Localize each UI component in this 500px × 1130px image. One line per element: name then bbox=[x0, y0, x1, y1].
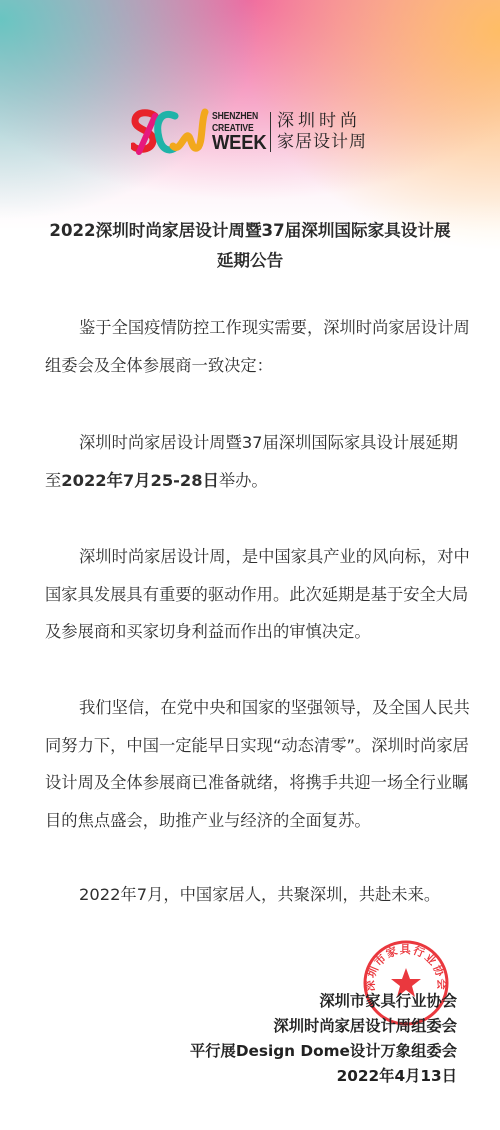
logo-divider bbox=[270, 112, 271, 152]
paragraph-4: 我们坚信，在党中央和国家的坚强领导，及全国人民共 同努力下，中国一定能早日实现“… bbox=[45, 689, 457, 840]
paragraph-line: 目的焦点盛会，助推产业与经济的全面复苏。 bbox=[45, 802, 457, 840]
signature-org: 深圳市家具行业协会 bbox=[190, 989, 457, 1014]
paragraph-line: 至2022年7月25-28日举办。 bbox=[45, 462, 457, 500]
paragraph-line: 深圳时尚家居设计周暨37届深圳国际家具设计展延期 bbox=[45, 424, 457, 462]
paragraph-5: 2022年7月，中国家居人，共聚深圳，共赴未来。 bbox=[45, 876, 457, 914]
paragraph-line: 及参展商和买家切身利益而作出的审慎决定。 bbox=[45, 613, 457, 651]
paragraph-line: 同努力下，中国一定能早日实现“动态清零”。深圳时尚家居 bbox=[45, 727, 457, 765]
logo-english-text: SHENZHEN CREATIVE WEEK bbox=[212, 111, 266, 153]
page-title-line-2: 延期公告 bbox=[0, 247, 500, 271]
scw-logo-mark-icon bbox=[131, 108, 209, 156]
signature-org: 深圳时尚家居设计周组委会 bbox=[190, 1014, 457, 1039]
signature-date: 2022年4月13日 bbox=[190, 1064, 457, 1089]
page-title-line-1: 2022深圳时尚家居设计周暨37届深圳国际家具设计展 bbox=[0, 217, 500, 241]
paragraph-1: 鉴于全国疫情防控工作现实需要，深圳时尚家居设计周 组委会及全体参展商一致决定： bbox=[45, 309, 457, 384]
signature-block: 深圳市家具行业协会 深圳时尚家居设计周组委会 平行展Design Dome设计万… bbox=[190, 989, 457, 1089]
scw-logo: SHENZHEN CREATIVE WEEK 深圳时尚 家居设计周 bbox=[131, 108, 371, 156]
paragraph-2: 深圳时尚家居设计周暨37届深圳国际家具设计展延期 至2022年7月25-28日举… bbox=[45, 424, 457, 499]
paragraph-line: 国家具发展具有重要的驱动作用。此次延期是基于安全大局 bbox=[45, 576, 457, 614]
paragraph-line: 深圳时尚家居设计周，是中国家具产业的风向标，对中 bbox=[45, 538, 457, 576]
new-exhibition-date: 2022年7月25-28日 bbox=[61, 471, 219, 490]
header-gradient-background bbox=[0, 0, 500, 330]
paragraph-line: 2022年7月，中国家居人，共聚深圳，共赴未来。 bbox=[45, 876, 457, 914]
paragraph-line: 鉴于全国疫情防控工作现实需要，深圳时尚家居设计周 bbox=[45, 309, 457, 347]
signature-org: 平行展Design Dome设计万象组委会 bbox=[190, 1039, 457, 1064]
paragraph-line: 我们坚信，在党中央和国家的坚强领导，及全国人民共 bbox=[45, 689, 457, 727]
paragraph-line: 组委会及全体参展商一致决定： bbox=[45, 347, 457, 385]
logo-chinese-text: 深圳时尚 家居设计周 bbox=[277, 111, 367, 154]
paragraph-3: 深圳时尚家居设计周，是中国家具产业的风向标，对中 国家具发展具有重要的驱动作用。… bbox=[45, 538, 457, 651]
paragraph-line: 设计周及全体参展商已准备就绪，将携手共迎一场全行业瞩 bbox=[45, 764, 457, 802]
